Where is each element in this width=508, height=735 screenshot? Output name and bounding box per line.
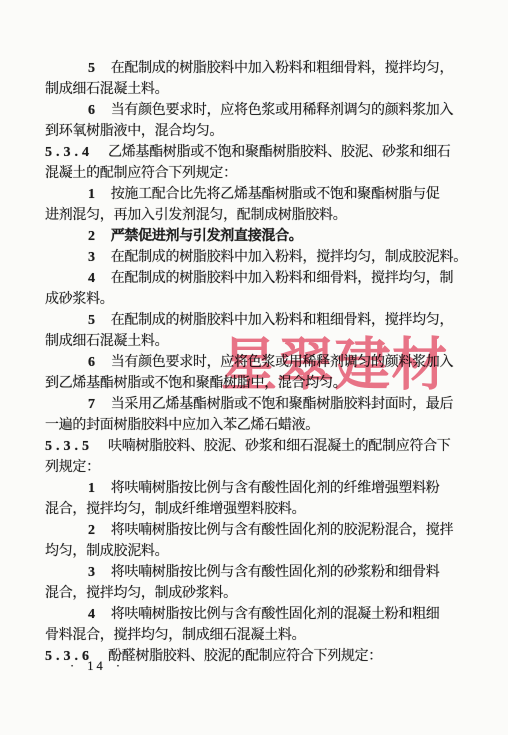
line-text: 混凝土的配制应符合下列规定： — [45, 166, 237, 181]
text-line: 混凝土的配制应符合下列规定： — [45, 163, 463, 184]
item-number: 1 — [88, 187, 95, 202]
clause-line: 5.3.4乙烯基酯树脂或不饱和聚酯树脂胶料、胶泥、砂浆和细石 — [45, 142, 463, 163]
clause-line: 5.3.5呋喃树脂胶料、胶泥、砂浆和细石混凝土的配制应符合下 — [45, 436, 463, 457]
text-line: 3将呋喃树脂按比例与含有酸性固化剂的砂浆粉和细骨料 — [45, 562, 463, 583]
item-number: 5.3.5 — [45, 439, 93, 454]
line-text: 将呋喃树脂按比例与含有酸性固化剂的胶泥粉混合，搅拌 — [111, 523, 454, 538]
item-number: 5 — [88, 61, 95, 76]
text-line: 2严禁促进剂与引发剂直接混合。 — [45, 226, 463, 247]
text-line: 4将呋喃树脂按比例与含有酸性固化剂的混凝土粉和粗细 — [45, 604, 463, 625]
item-number: 5 — [88, 313, 95, 328]
text-line: 均匀，制成胶泥料。 — [45, 541, 463, 562]
line-text: 在配制成的树脂胶料中加入粉料和粗细骨料，搅拌均匀， — [111, 313, 454, 328]
text-line: 成砂浆料。 — [45, 289, 463, 310]
text-line: 混合，搅拌均匀，制成纤维增强塑料胶料。 — [45, 499, 463, 520]
text-line: 3在配制成的树脂胶料中加入粉料，搅拌均匀，制成胶泥料。 — [45, 247, 463, 268]
item-number: 5.3.4 — [45, 145, 93, 160]
text-line: 进剂混匀，再加入引发剂混匀，配制成树脂胶料。 — [45, 205, 463, 226]
page-number: · 14 · — [70, 659, 123, 674]
text-line: 4在配制成的树脂胶料中加入粉料和细骨料，搅拌均匀，制 — [45, 268, 463, 289]
item-number: 3 — [88, 250, 95, 265]
line-text: 将呋喃树脂按比例与含有酸性固化剂的纤维增强塑料粉 — [111, 481, 440, 496]
line-text: 当采用乙烯基酯树脂或不饱和聚酯树脂胶料封面时，最后 — [111, 397, 454, 412]
text-line: 5在配制成的树脂胶料中加入粉料和粗细骨料，搅拌均匀， — [45, 310, 463, 331]
item-number: 1 — [88, 481, 95, 496]
item-number: 2 — [88, 523, 95, 538]
line-text: 乙烯基酯树脂或不饱和聚酯树脂胶料、胶泥、砂浆和细石 — [108, 145, 451, 160]
line-text: 骨料混合，搅拌均匀，制成细石混凝土料。 — [45, 628, 305, 643]
text-line: 1按施工配合比先将乙烯基酯树脂或不饱和聚酯树脂与促 — [45, 184, 463, 205]
text-line: 列规定： — [45, 457, 463, 478]
item-number: 4 — [88, 607, 95, 622]
line-text: 列规定： — [45, 460, 100, 475]
item-number: 4 — [88, 271, 95, 286]
text-line: 2将呋喃树脂按比例与含有酸性固化剂的胶泥粉混合，搅拌 — [45, 520, 463, 541]
line-text: 到乙烯基酯树脂或不饱和聚酯树脂中，混合均匀。 — [45, 376, 346, 391]
line-text: 一遍的封面树脂胶料中应加入苯乙烯石蜡液。 — [45, 418, 319, 433]
text-line: 制成细石混凝土料。 — [45, 79, 463, 100]
line-text: 在配制成的树脂胶料中加入粉料，搅拌均匀，制成胶泥料。 — [111, 250, 467, 265]
text-line: 一遍的封面树脂胶料中应加入苯乙烯石蜡液。 — [45, 415, 463, 436]
item-number: 6 — [88, 355, 95, 370]
line-text: 当有颜色要求时，应将色浆或用稀释剂调匀的颜料浆加入 — [111, 103, 454, 118]
line-text: 成砂浆料。 — [45, 292, 114, 307]
document-page: 5在配制成的树脂胶料中加入粉料和粗细骨料，搅拌均匀，制成细石混凝土料。6当有颜色… — [0, 0, 508, 735]
line-text: 混合，搅拌均匀，制成砂浆料。 — [45, 586, 237, 601]
line-text: 严禁促进剂与引发剂直接混合。 — [111, 229, 303, 244]
line-text: 制成细石混凝土料。 — [45, 82, 168, 97]
text-line: 6当有颜色要求时，应将色浆或用稀释剂调匀的颜料浆加入 — [45, 352, 463, 373]
line-text: 酚醛树脂胶料、胶泥的配制应符合下列规定： — [108, 649, 382, 664]
line-text: 将呋喃树脂按比例与含有酸性固化剂的混凝土粉和粗细 — [111, 607, 440, 622]
line-text: 在配制成的树脂胶料中加入粉料和粗细骨料，搅拌均匀， — [111, 61, 454, 76]
line-text: 将呋喃树脂按比例与含有酸性固化剂的砂浆粉和细骨料 — [111, 565, 440, 580]
line-text: 到环氧树脂液中，混合均匀。 — [45, 124, 223, 139]
text-line: 制成细石混凝土料。 — [45, 331, 463, 352]
line-text: 在配制成的树脂胶料中加入粉料和细骨料，搅拌均匀，制 — [111, 271, 454, 286]
text-line: 到环氧树脂液中，混合均匀。 — [45, 121, 463, 142]
document-text-block: 5在配制成的树脂胶料中加入粉料和粗细骨料，搅拌均匀，制成细石混凝土料。6当有颜色… — [45, 58, 463, 667]
line-text: 呋喃树脂胶料、胶泥、砂浆和细石混凝土的配制应符合下 — [108, 439, 451, 454]
line-text: 制成细石混凝土料。 — [45, 334, 168, 349]
item-number: 3 — [88, 565, 95, 580]
text-line: 5在配制成的树脂胶料中加入粉料和粗细骨料，搅拌均匀， — [45, 58, 463, 79]
text-line: 骨料混合，搅拌均匀，制成细石混凝土料。 — [45, 625, 463, 646]
item-number: 6 — [88, 103, 95, 118]
line-text: 当有颜色要求时，应将色浆或用稀释剂调匀的颜料浆加入 — [111, 355, 454, 370]
text-line: 6当有颜色要求时，应将色浆或用稀释剂调匀的颜料浆加入 — [45, 100, 463, 121]
line-text: 混合，搅拌均匀，制成纤维增强塑料胶料。 — [45, 502, 305, 517]
text-line: 到乙烯基酯树脂或不饱和聚酯树脂中，混合均匀。 — [45, 373, 463, 394]
text-line: 1将呋喃树脂按比例与含有酸性固化剂的纤维增强塑料粉 — [45, 478, 463, 499]
line-text: 按施工配合比先将乙烯基酯树脂或不饱和聚酯树脂与促 — [111, 187, 440, 202]
text-line: 7当采用乙烯基酯树脂或不饱和聚酯树脂胶料封面时，最后 — [45, 394, 463, 415]
text-line: 混合，搅拌均匀，制成砂浆料。 — [45, 583, 463, 604]
item-number: 2 — [88, 229, 95, 244]
line-text: 均匀，制成胶泥料。 — [45, 544, 168, 559]
item-number: 7 — [88, 397, 95, 412]
line-text: 进剂混匀，再加入引发剂混匀，配制成树脂胶料。 — [45, 208, 346, 223]
